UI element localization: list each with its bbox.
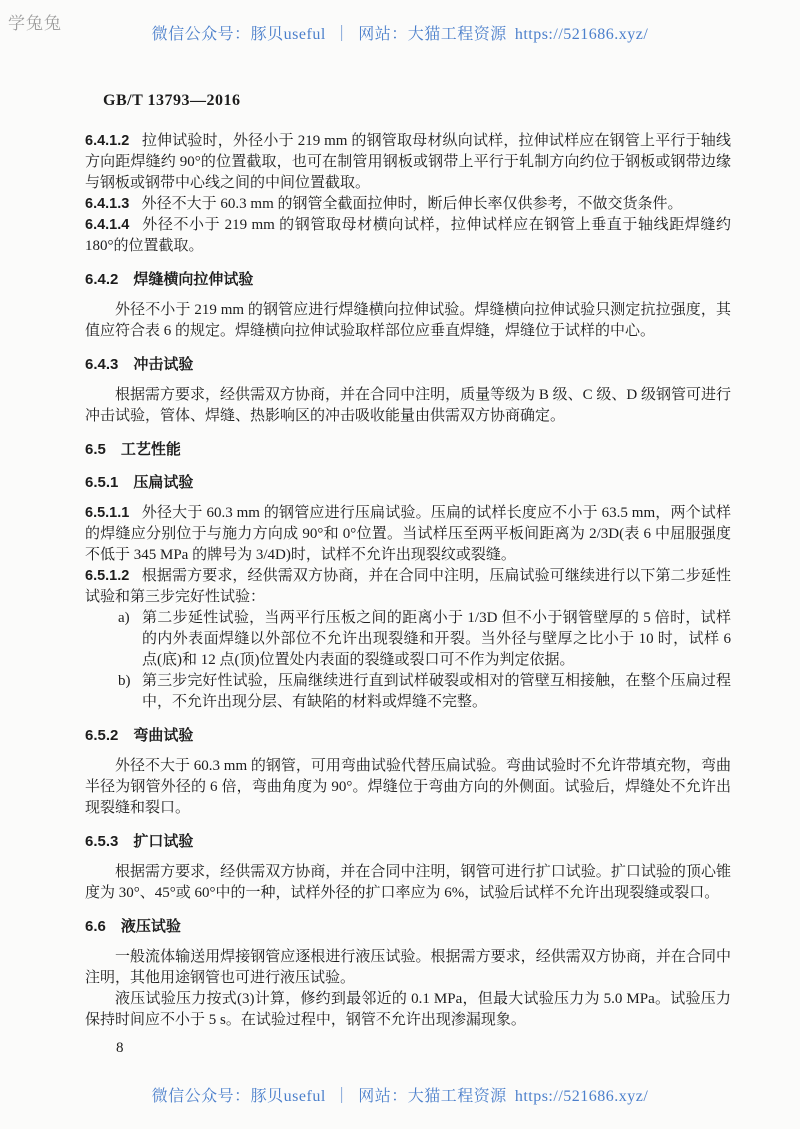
list-item-text: 第三步完好性试验，压扁继续进行直到试样破裂或相对的管壁互相接触，在整个压扁过程中… (142, 671, 731, 713)
section-heading-6.5.3: 6.5.3扩口试验 (85, 831, 731, 852)
clause-text: 拉伸试验时，外径小于 219 mm 的钢管取母材纵向试样，拉伸试样应在钢管上平行… (85, 133, 731, 191)
section-heading-6.6: 6.6液压试验 (85, 916, 731, 937)
section-heading-title: 冲击试验 (133, 356, 193, 373)
paragraph: 外径不小于 219 mm 的钢管应进行焊缝横向拉伸试验。焊缝横向拉伸试验只测定抗… (85, 300, 731, 342)
section-heading-number: 6.4.2 (85, 271, 118, 288)
list-item-a: a)第二步延性试验，当两平行压板之间的距离小于 1/3D 但不小于钢管壁厚的 5… (85, 608, 731, 671)
clause-number: 6.4.1.3 (85, 196, 129, 212)
clause-text: 根据需方要求，经供需双方协商，并在合同中注明，压扁试验可继续进行以下第二步延性试… (85, 568, 731, 605)
promo-url-link[interactable]: https://521686.xyz/ (515, 1088, 649, 1105)
page-number: 8 (85, 1038, 731, 1059)
document-content: 6.4.1.2拉伸试验时，外径小于 219 mm 的钢管取母材纵向试样，拉伸试样… (85, 131, 731, 1059)
promo-banner-top: 微信公众号：豚贝useful｜网站：大猫工程资源https://521686.x… (0, 21, 800, 44)
paragraph: 外径不大于 60.3 mm 的钢管，可用弯曲试验代替压扁试验。弯曲试验时不允许带… (85, 756, 731, 819)
section-heading-number: 6.5 (85, 441, 106, 458)
section-heading-number: 6.5.3 (85, 833, 118, 850)
clause-text: 外径大于 60.3 mm 的钢管应进行压扁试验。压扁的试样长度应不小于 63.5… (85, 505, 731, 563)
section-heading-6.4.3: 6.4.3冲击试验 (85, 354, 731, 375)
document-blocks: 6.4.1.2拉伸试验时，外径小于 219 mm 的钢管取母材纵向试样，拉伸试样… (85, 131, 731, 1031)
clause-6.4.1.2: 6.4.1.2拉伸试验时，外径小于 219 mm 的钢管取母材纵向试样，拉伸试样… (85, 131, 731, 194)
clause-text: 外径不大于 60.3 mm 的钢管全截面拉伸时，断后伸长率仅供参考，不做交货条件… (142, 196, 683, 212)
clause-6.5.1.2: 6.5.1.2根据需方要求，经供需双方协商，并在合同中注明，压扁试验可继续进行以… (85, 566, 731, 608)
list-item-marker: a) (118, 608, 142, 671)
clause-6.5.1.1: 6.5.1.1外径大于 60.3 mm 的钢管应进行压扁试验。压扁的试样长度应不… (85, 503, 731, 566)
clause-number: 6.5.1.1 (85, 505, 129, 521)
section-heading-6.5: 6.5工艺性能 (85, 439, 731, 460)
paragraph: 根据需方要求，经供需双方协商，并在合同中注明，钢管可进行扩口试验。扩口试验的顶心… (85, 862, 731, 904)
list-item-text: 第二步延性试验，当两平行压板之间的距离小于 1/3D 但不小于钢管壁厚的 5 倍… (142, 608, 731, 671)
paragraph: 液压试验压力按式(3)计算，修约到最邻近的 0.1 MPa，但最大试验压力为 5… (85, 989, 731, 1031)
promo-url-link[interactable]: https://521686.xyz/ (515, 26, 649, 43)
section-heading-title: 液压试验 (121, 918, 181, 935)
section-heading-6.4.2: 6.4.2焊缝横向拉伸试验 (85, 269, 731, 290)
promo-site-label: 网站：大猫工程资源 (358, 26, 507, 43)
section-heading-title: 焊缝横向拉伸试验 (133, 271, 253, 288)
clause-number: 6.4.1.4 (85, 217, 129, 233)
standard-number: GB/T 13793—2016 (103, 92, 240, 110)
promo-site-label: 网站：大猫工程资源 (358, 1088, 507, 1105)
section-heading-title: 弯曲试验 (133, 727, 193, 744)
list-item-marker: b) (118, 671, 142, 713)
promo-wechat-label: 微信公众号：豚贝useful (152, 1088, 326, 1105)
paragraph: 一般流体输送用焊接钢管应逐根进行液压试验。根据需方要求，经供需双方协商，并在合同… (85, 947, 731, 989)
clause-number: 6.4.1.2 (85, 133, 129, 149)
promo-wechat-label: 微信公众号：豚贝useful (152, 26, 326, 43)
paragraph: 根据需方要求，经供需双方协商，并在合同中注明，质量等级为 B 级、C 级、D 级… (85, 385, 731, 427)
clause-6.4.1.3: 6.4.1.3外径不大于 60.3 mm 的钢管全截面拉伸时，断后伸长率仅供参考… (85, 194, 731, 215)
section-heading-title: 扩口试验 (133, 833, 193, 850)
promo-divider: ｜ (334, 1088, 351, 1105)
section-heading-6.5.1: 6.5.1压扁试验 (85, 472, 731, 493)
section-heading-number: 6.5.2 (85, 727, 118, 744)
section-heading-number: 6.4.3 (85, 356, 118, 373)
clause-number: 6.5.1.2 (85, 568, 129, 584)
section-heading-number: 6.5.1 (85, 474, 118, 491)
list-item-b: b)第三步完好性试验，压扁继续进行直到试样破裂或相对的管壁互相接触，在整个压扁过… (85, 671, 731, 713)
section-heading-title: 工艺性能 (121, 441, 181, 458)
promo-divider: ｜ (334, 26, 351, 43)
clause-text: 外径不小于 219 mm 的钢管取母材横向试样，拉伸试样应在钢管上垂直于轴线距焊… (85, 217, 731, 254)
clause-6.4.1.4: 6.4.1.4外径不小于 219 mm 的钢管取母材横向试样，拉伸试样应在钢管上… (85, 215, 731, 257)
section-heading-6.5.2: 6.5.2弯曲试验 (85, 725, 731, 746)
section-heading-title: 压扁试验 (133, 474, 193, 491)
section-heading-number: 6.6 (85, 918, 106, 935)
promo-banner-bottom: 微信公众号：豚贝useful｜网站：大猫工程资源https://521686.x… (0, 1083, 800, 1106)
